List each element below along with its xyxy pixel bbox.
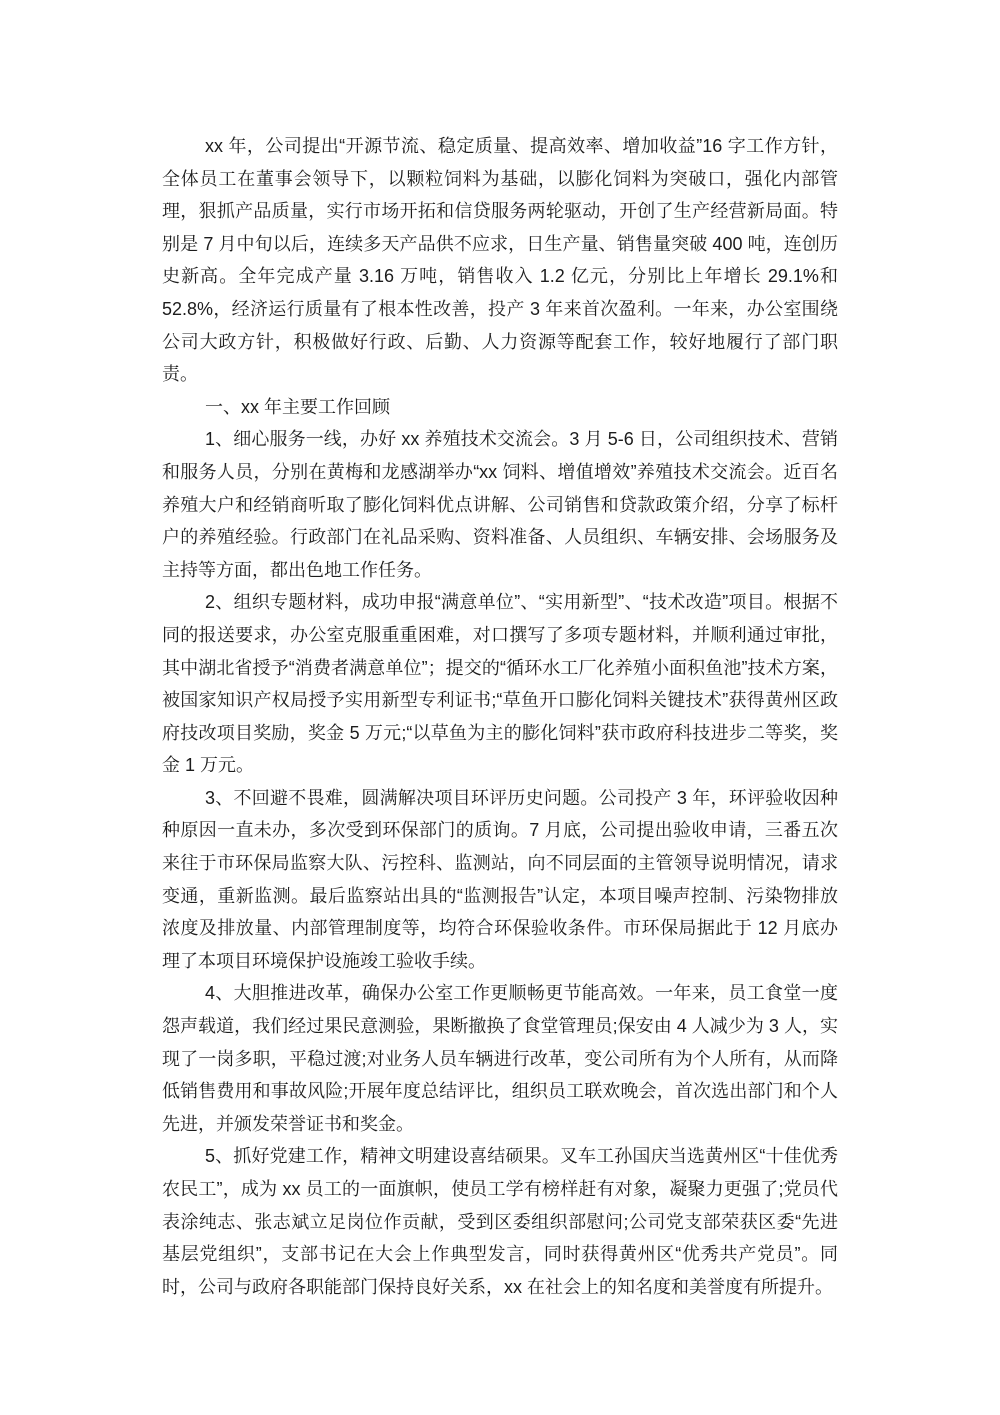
paragraph-item-4-reform: 4、大胆推进改革，确保办公室工作更顺畅更节能高效。一年来，员工食堂一度怨声载道，…: [162, 977, 838, 1140]
paragraph-item-1-service: 1、细心服务一线，办好 xx 养殖技术交流会。3 月 5-6 日，公司组织技术、…: [162, 423, 838, 586]
document-body: xx 年，公司提出“开源节流、稳定质量、提高效率、增加收益”16 字工作方针，全…: [162, 130, 838, 1303]
paragraph-item-5-party-building: 5、抓好党建工作，精神文明建设喜结硕果。叉车工孙国庆当选黄州区“十佳优秀农民工”…: [162, 1140, 838, 1303]
paragraph-item-3-environment: 3、不回避不畏难，圆满解决项目环评历史问题。公司投产 3 年，环评验收因种种原因…: [162, 782, 838, 978]
paragraph-item-2-materials: 2、组织专题材料，成功申报“满意单位”、“实用新型”、“技术改造”项目。根据不同…: [162, 586, 838, 782]
document-page: xx 年，公司提出“开源节流、稳定质量、提高效率、增加收益”16 字工作方针，全…: [0, 0, 1000, 1415]
paragraph-intro: xx 年，公司提出“开源节流、稳定质量、提高效率、增加收益”16 字工作方针，全…: [162, 130, 838, 391]
section-heading-work-review: 一、xx 年主要工作回顾: [162, 391, 838, 424]
